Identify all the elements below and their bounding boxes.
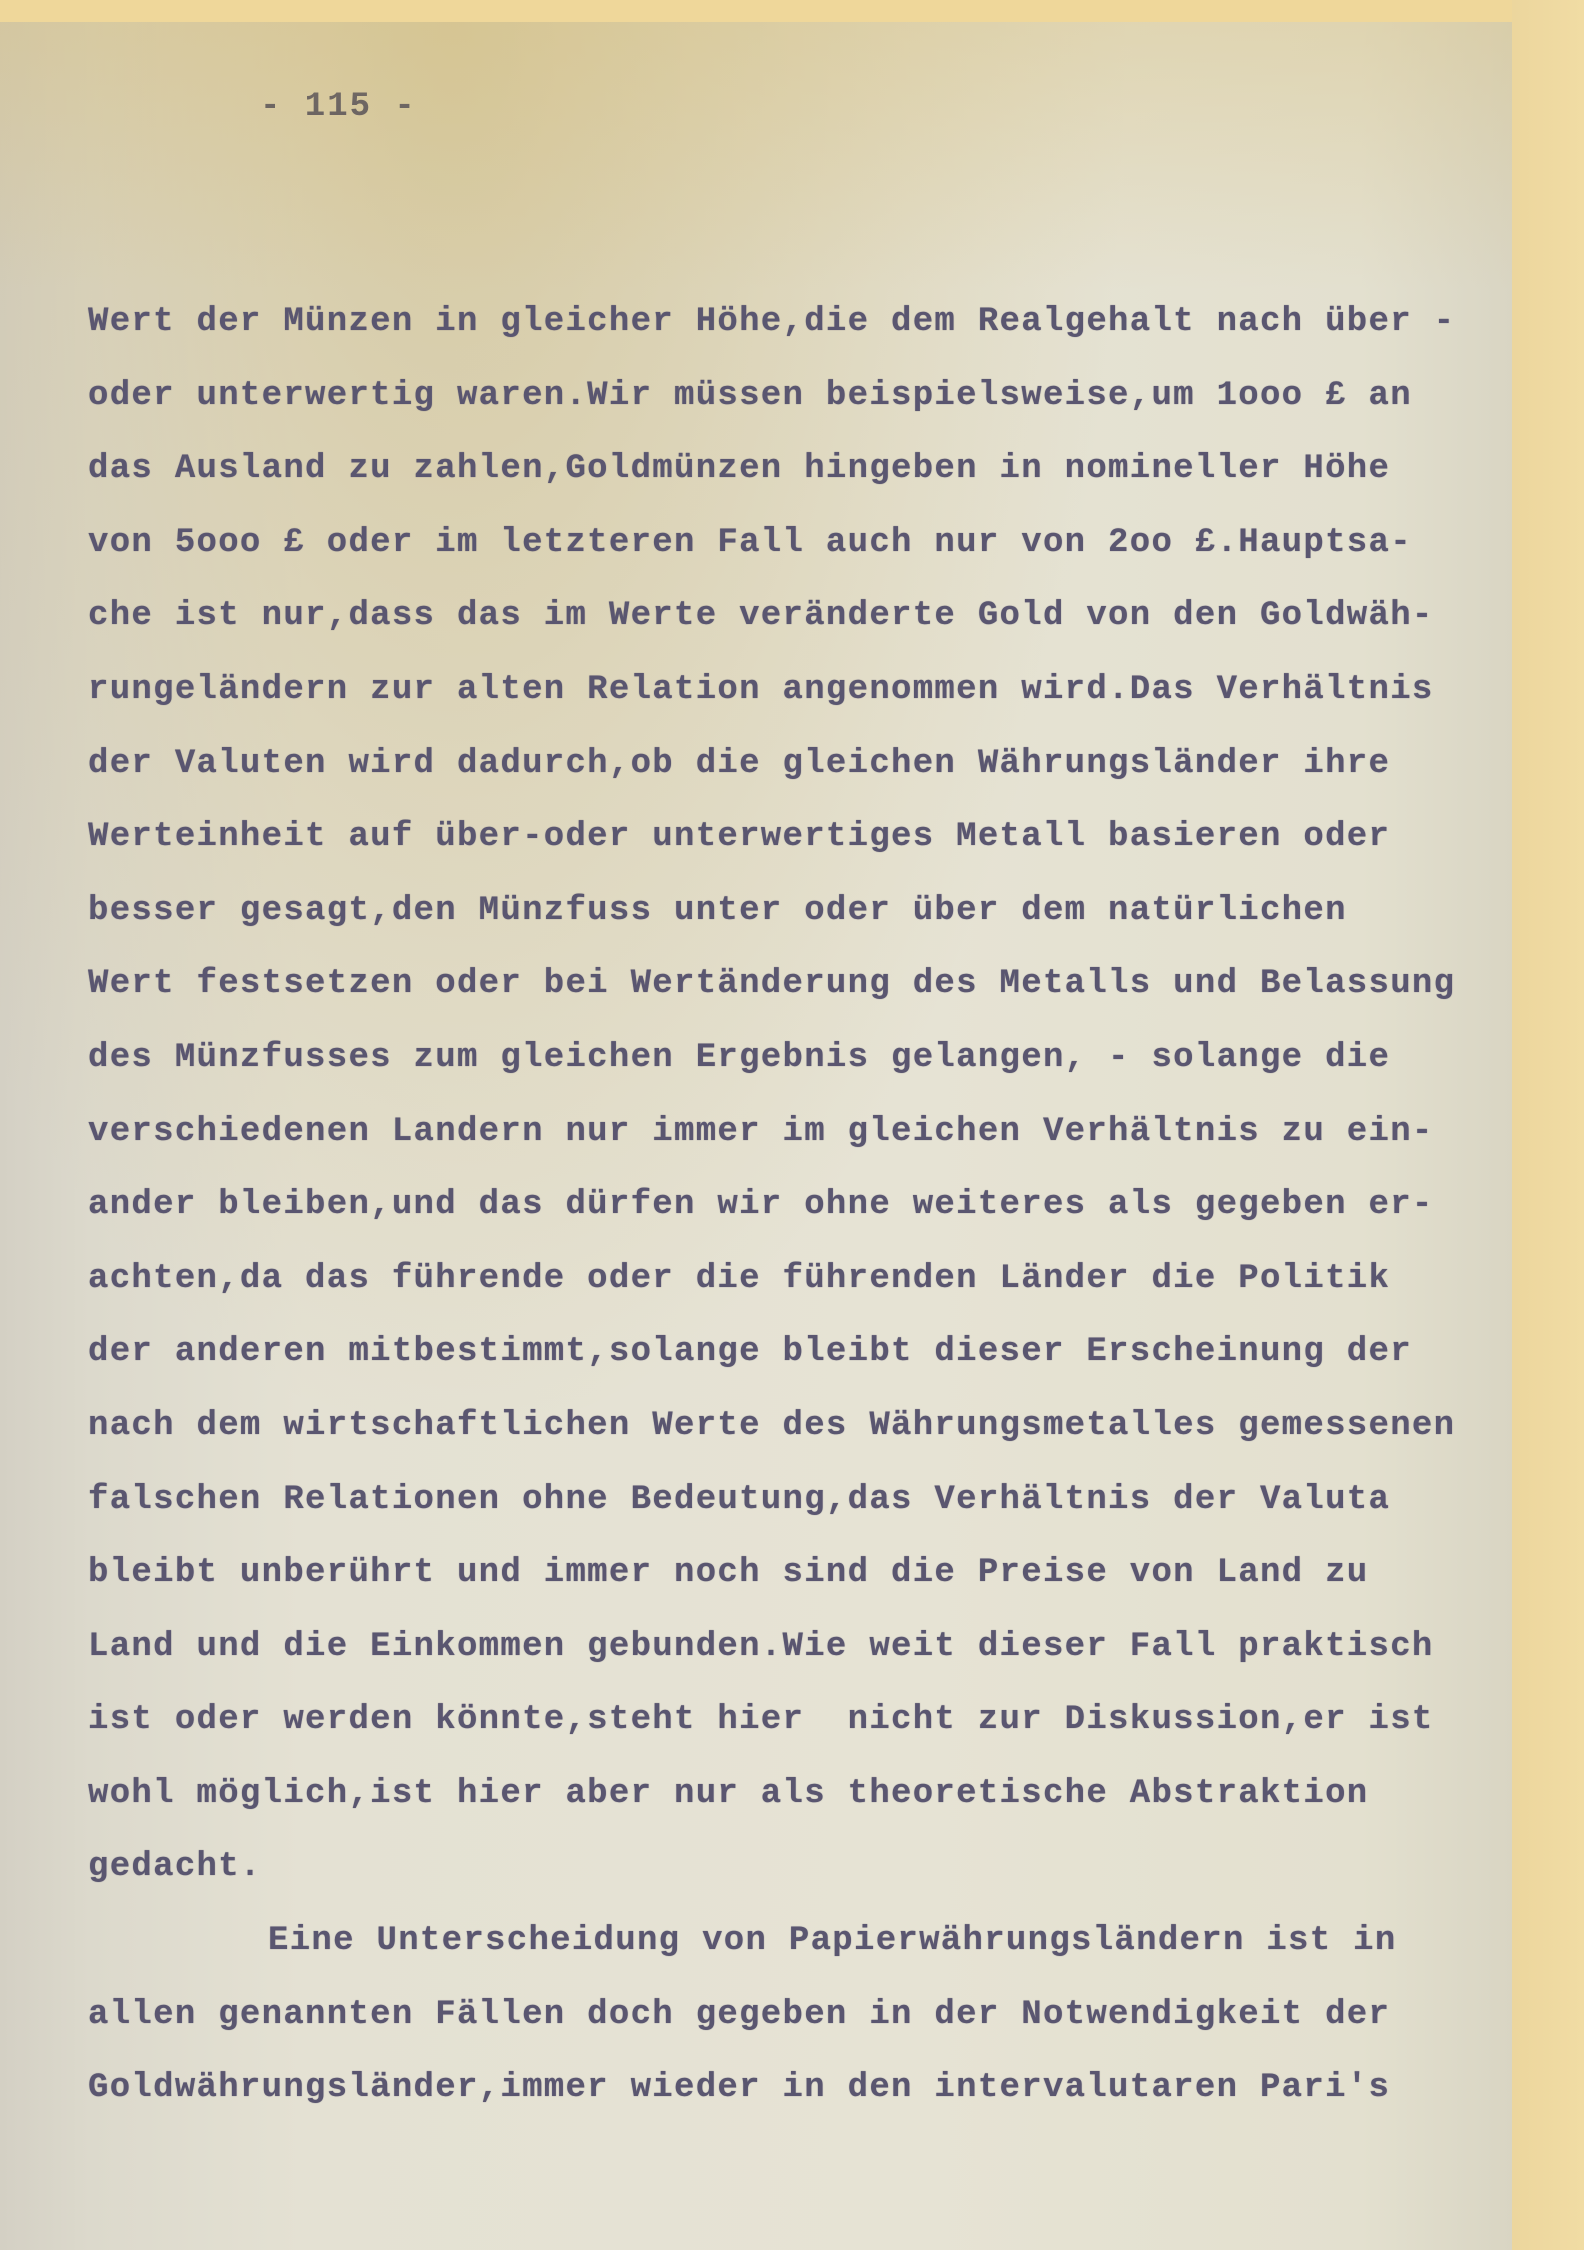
- text-line: nach dem wirtschaftlichen Werte des Währ…: [88, 1398, 1508, 1472]
- text-line: Wert der Münzen in gleicher Höhe,die dem…: [88, 294, 1508, 368]
- text-line: gedacht.: [88, 1839, 1508, 1913]
- page-edge-strip: [1512, 0, 1584, 2250]
- text-line: wohl möglich,ist hier aber nur als theor…: [88, 1766, 1508, 1840]
- text-line: des Münzfusses zum gleichen Ergebnis gel…: [88, 1030, 1508, 1104]
- text-line: oder unterwertig waren.Wir müssen beispi…: [88, 368, 1508, 442]
- paragraph-2: Eine Unterscheidung von Papierwährungslä…: [88, 1913, 1508, 2134]
- text-line: besser gesagt,den Münzfuss unter oder üb…: [88, 883, 1508, 957]
- text-line: der Valuten wird dadurch,ob die gleichen…: [88, 736, 1508, 810]
- text-line: Wert festsetzen oder bei Wertänderung de…: [88, 956, 1508, 1030]
- text-line: rungeländern zur alten Relation angenomm…: [88, 662, 1508, 736]
- text-line: der anderen mitbestimmt,solange bleibt d…: [88, 1324, 1508, 1398]
- text-line: von 5ooo £ oder im letzteren Fall auch n…: [88, 515, 1508, 589]
- text-line: falschen Relationen ohne Bedeutung,das V…: [88, 1472, 1508, 1546]
- page-number: - 115 -: [260, 88, 417, 126]
- text-line: ist oder werden könnte,steht hier nicht …: [88, 1692, 1508, 1766]
- text-line: verschiedenen Landern nur immer im gleic…: [88, 1104, 1508, 1178]
- text-line: Land und die Einkommen gebunden.Wie weit…: [88, 1619, 1508, 1693]
- text-line: Werteinheit auf über-oder unterwertiges …: [88, 809, 1508, 883]
- text-line: bleibt unberührt und immer noch sind die…: [88, 1545, 1508, 1619]
- text-line: che ist nur,dass das im Werte veränderte…: [88, 588, 1508, 662]
- body-text: Wert der Münzen in gleicher Höhe,die dem…: [88, 294, 1508, 2134]
- text-line: achten,da das führende oder die führende…: [88, 1251, 1508, 1325]
- text-line: Eine Unterscheidung von Papierwährungslä…: [88, 1913, 1508, 1987]
- text-line: ander bleiben,und das dürfen wir ohne we…: [88, 1177, 1508, 1251]
- paragraph-1: Wert der Münzen in gleicher Höhe,die dem…: [88, 294, 1508, 1913]
- typewritten-page: - 115 - Wert der Münzen in gleicher Höhe…: [0, 22, 1512, 2250]
- text-line: allen genannten Fällen doch gegeben in d…: [88, 1987, 1508, 2061]
- text-line: Goldwährungsländer,immer wieder in den i…: [88, 2060, 1508, 2134]
- text-line: das Ausland zu zahlen,Goldmünzen hingebe…: [88, 441, 1508, 515]
